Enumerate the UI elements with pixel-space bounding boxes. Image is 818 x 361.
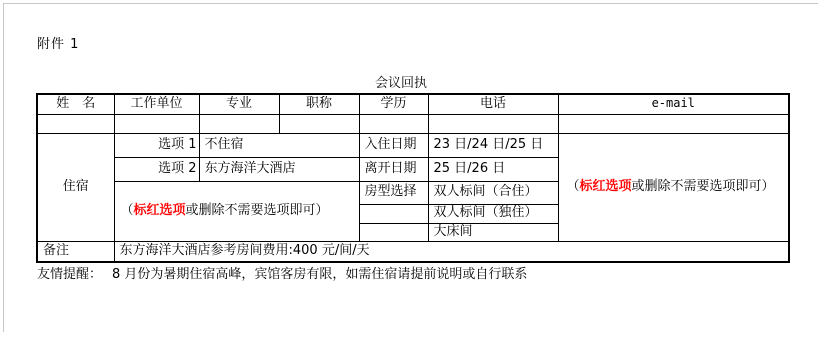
header-major: 专业 xyxy=(199,94,279,114)
page-edge-left xyxy=(3,3,4,332)
note-rest-text: 或删除不需要选项即可） xyxy=(632,179,775,194)
remark-row: 备注 东方海洋大酒店参考房间费用:400 元/间/天 xyxy=(37,241,789,262)
title-input-cell[interactable] xyxy=(279,114,359,133)
major-input-cell[interactable] xyxy=(199,114,279,133)
table-title: 会议回执 xyxy=(36,72,766,91)
option2-value-cell[interactable]: 东方海洋大酒店 xyxy=(199,157,359,181)
friendly-reminder-label: 友情提醒： xyxy=(37,267,102,282)
accommodation-label-cell: 住宿 xyxy=(37,133,114,241)
note-red-highlight: 标红选项 xyxy=(134,203,186,218)
header-email: e-mail xyxy=(558,94,789,114)
friendly-reminder-text: 8 月份为暑期住宿高峰，宾馆客房有限，如需住宿请提前说明或自行联系 xyxy=(112,267,527,282)
header-title: 职称 xyxy=(279,94,359,114)
input-row xyxy=(37,114,789,133)
header-phone: 电话 xyxy=(428,94,558,114)
remark-value-cell: 东方海洋大酒店参考房间费用:400 元/间/天 xyxy=(114,241,789,262)
room-type-double-single-cell[interactable]: 双人标间（独住） xyxy=(428,204,558,223)
education-input-cell[interactable] xyxy=(359,114,428,133)
attachment-label: 附件 1 xyxy=(37,33,79,52)
room-type-spacer-cell xyxy=(359,204,428,223)
room-type-spacer-cell xyxy=(359,223,428,241)
checkin-value-cell[interactable]: 23 日/24 日/25 日 xyxy=(428,133,558,157)
left-note-cell: （标红选项或删除不需要选项即可） xyxy=(114,181,359,241)
option1-value-cell[interactable]: 不住宿 xyxy=(199,133,359,157)
header-work-unit: 工作单位 xyxy=(114,94,199,114)
phone-input-cell[interactable] xyxy=(428,114,558,133)
note-rest-text: 或删除不需要选项即可） xyxy=(186,203,329,218)
name-input-cell[interactable] xyxy=(37,114,114,133)
room-type-label-cell: 房型选择 xyxy=(359,181,428,204)
note-red-highlight: 标红选项 xyxy=(580,179,632,194)
checkout-label-cell: 离开日期 xyxy=(359,157,428,181)
room-type-double-shared-cell[interactable]: 双人标间（合住） xyxy=(428,181,558,204)
header-name: 姓 名 xyxy=(37,94,114,114)
note-open-paren: （ xyxy=(567,179,580,194)
option2-label-cell: 选项 2 xyxy=(114,157,199,181)
header-education: 学历 xyxy=(359,94,428,114)
friendly-reminder: 友情提醒：8 月份为暑期住宿高峰，宾馆客房有限，如需住宿请提前说明或自行联系 xyxy=(37,263,527,282)
remark-label-cell: 备注 xyxy=(37,241,114,262)
header-row: 姓 名 工作单位 专业 职称 学历 电话 e-mail xyxy=(37,94,789,114)
email-note-cell: （标红选项或删除不需要选项即可） xyxy=(558,133,789,241)
reply-form-table: 姓 名 工作单位 专业 职称 学历 电话 e-mail 住宿 选项 1 不住宿 … xyxy=(36,93,790,263)
note-open-paren: （ xyxy=(121,203,134,218)
page-edge-top xyxy=(3,3,818,4)
checkin-label-cell: 入住日期 xyxy=(359,133,428,157)
work-unit-input-cell[interactable] xyxy=(114,114,199,133)
room-type-king-cell[interactable]: 大床间 xyxy=(428,223,558,241)
email-input-cell[interactable] xyxy=(558,114,789,133)
checkout-value-cell[interactable]: 25 日/26 日 xyxy=(428,157,558,181)
option1-label-cell: 选项 1 xyxy=(114,133,199,157)
option1-row: 住宿 选项 1 不住宿 入住日期 23 日/24 日/25 日 （标红选项或删除… xyxy=(37,133,789,157)
